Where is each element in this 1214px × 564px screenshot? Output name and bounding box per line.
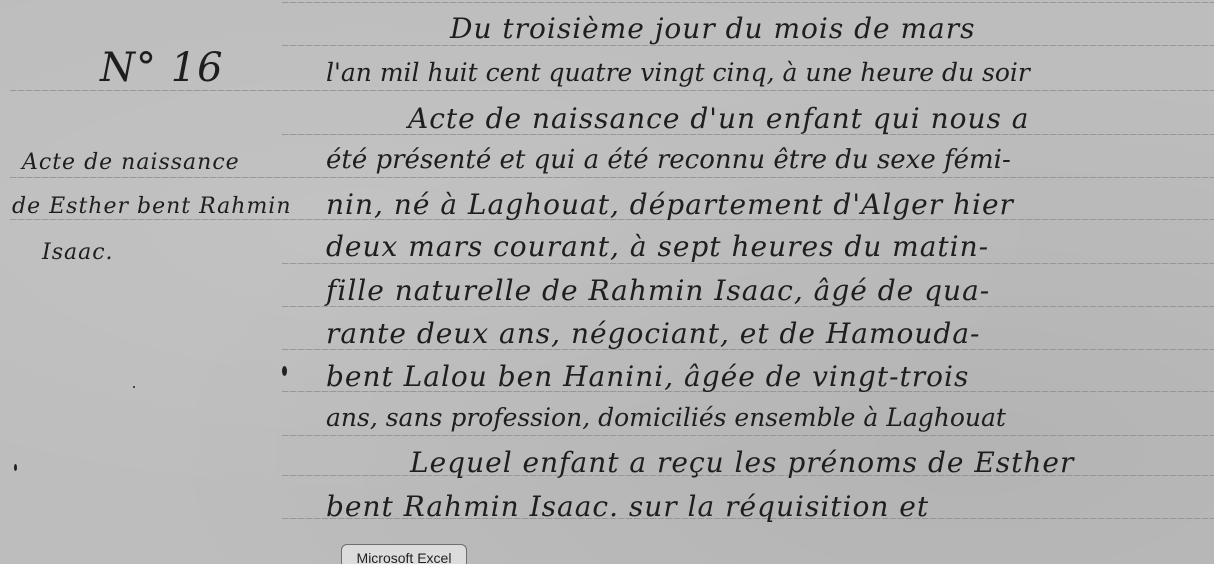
margin-note-line: Acte de naissance [22,150,240,175]
margin-note-line: Isaac. [42,240,114,265]
document-scan: N° 16 Acte de naissance de Esther bent R… [0,0,1214,564]
ruled-line [282,435,1214,436]
body-line: bent Lalou ben Hanini, âgée de vingt-tro… [326,360,969,393]
body-line: nin, né à Laghouat, département d'Alger … [326,188,1014,221]
ink-speck [14,464,17,471]
ruled-line [282,2,1214,3]
body-line: l'an mil huit cent quatre vingt cinq, à … [326,58,1030,87]
ruled-line [282,45,1214,46]
microsoft-excel-taskbar-tooltip[interactable]: Microsoft Excel [341,544,467,564]
entry-number: N° 16 [100,45,224,91]
body-line: Acte de naissance d'un enfant qui nous a [408,102,1029,135]
ruled-line [10,177,1214,178]
body-line: été présenté et qui a été reconnu être d… [326,145,1011,175]
margin-note-line: de Esther bent Rahmin [12,194,292,219]
body-line: ans, sans profession, domiciliés ensembl… [326,403,1006,432]
body-line: deux mars courant, à sept heures du mati… [326,230,989,263]
body-line: fille naturelle de Rahmin Isaac, âgé de … [326,274,990,307]
ruled-line [282,263,1214,264]
ink-speck [282,366,287,376]
body-line: bent Rahmin Isaac. sur la réquisition et [326,490,929,523]
body-line: rante deux ans, négociant, et de Hamouda… [326,317,981,350]
body-line: Du troisième jour du mois de mars [450,12,976,45]
body-line: Lequel enfant a reçu les prénoms de Esth… [410,446,1074,479]
ink-speck [133,386,135,388]
